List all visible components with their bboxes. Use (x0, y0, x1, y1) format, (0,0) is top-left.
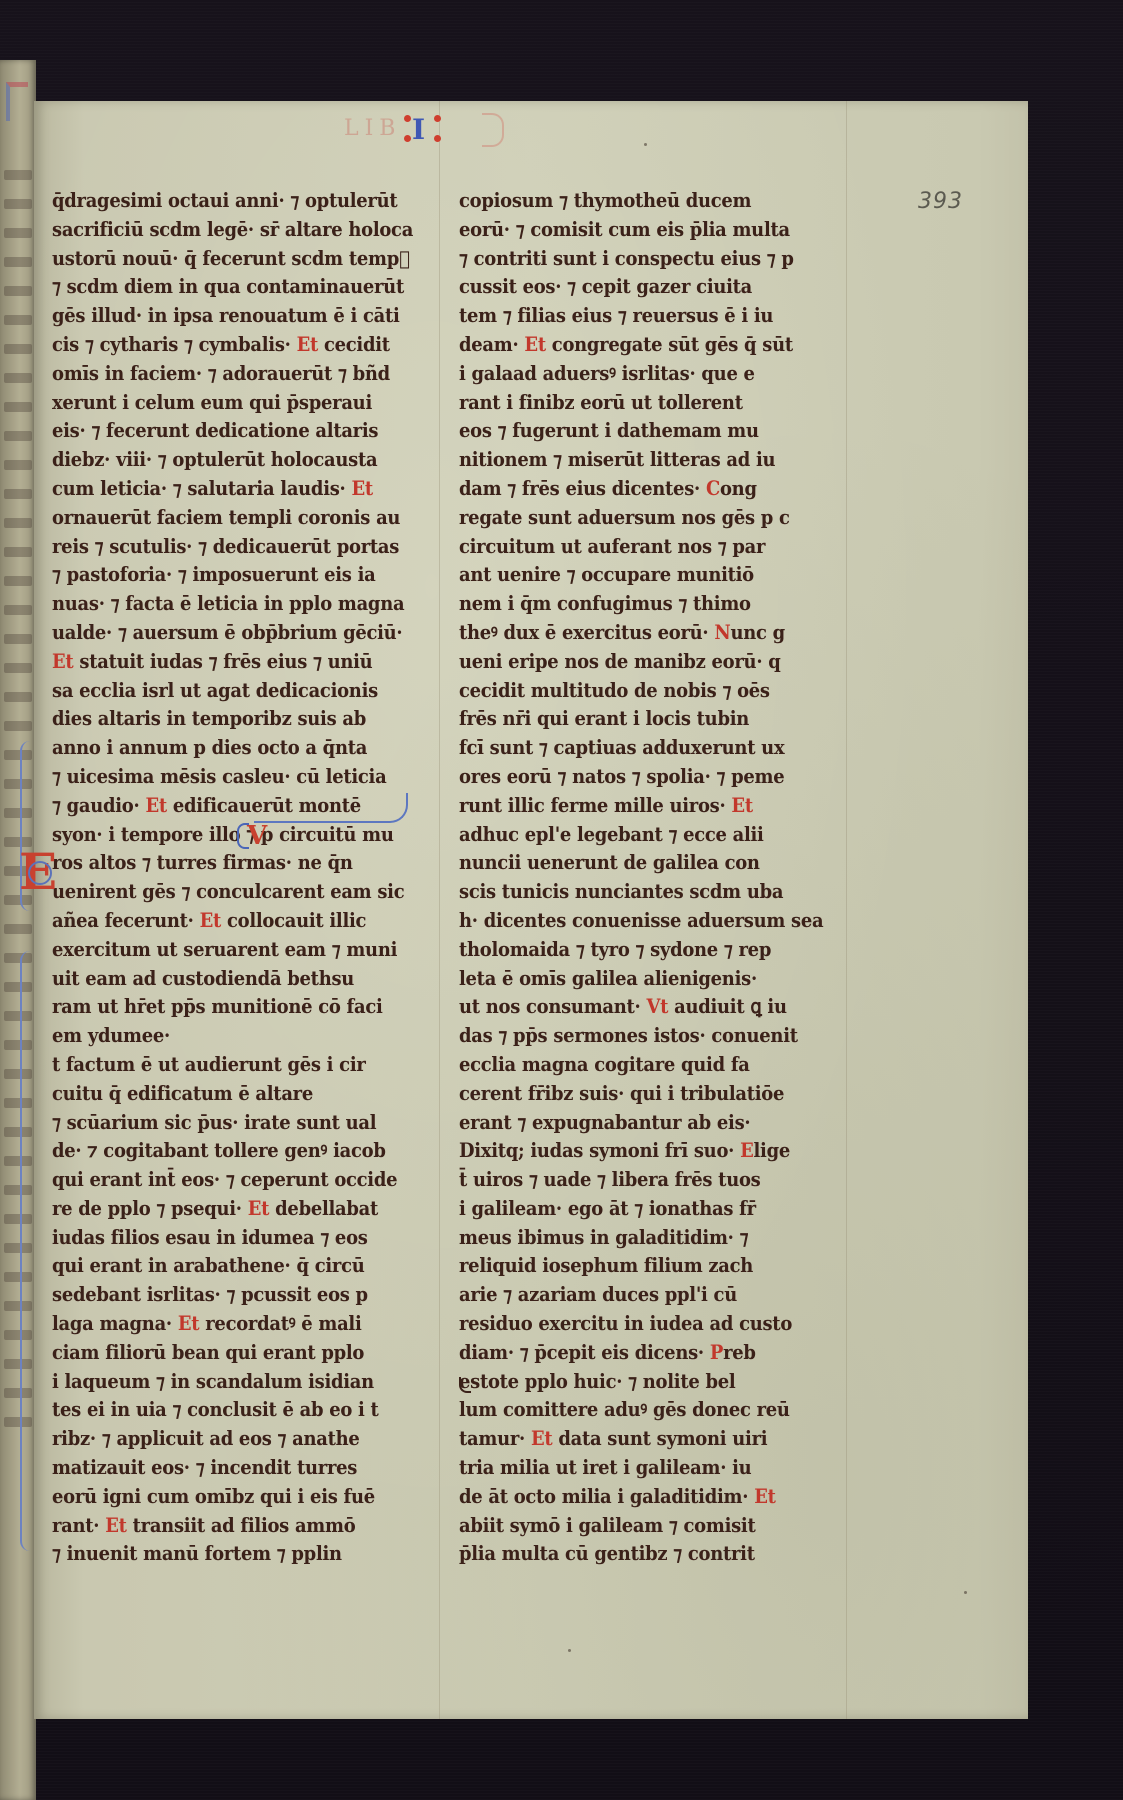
parchment-speck (644, 143, 647, 146)
line-text: re de pplo ⁊ psequi· (52, 1197, 242, 1220)
line-text: sacrificiū scdm legē· sr̄ altare holoca (52, 218, 413, 241)
line-text: residuo exercitu in iudea ad custo (459, 1312, 792, 1335)
text-line: sedebant isrlitas· ⁊ pcussit eos p (52, 1281, 397, 1310)
running-head-faint-flourish (482, 113, 504, 147)
line-text: uenirent gēs ⁊ conculcarent eam sic (52, 880, 404, 903)
final-descender-stroke (459, 1377, 471, 1393)
text-line: eorū· ⁊ comisit cum eis p̄lia multa (459, 216, 795, 245)
rubricated-capital: Et (754, 1485, 775, 1508)
rubricated-capital: N (714, 621, 730, 644)
line-text: i galaad aduersꝰ isrlitas· que e (459, 362, 755, 385)
text-line: diebz· viii· ⁊ optulerūt holocausta (52, 446, 397, 475)
line-text: qui erant in arabathene· q̄ circū (52, 1254, 364, 1277)
text-line: ores eorū ⁊ natos ⁊ spolia· ⁊ peme (459, 763, 795, 792)
previous-leaf-text-shadow (4, 460, 32, 470)
text-line: omīs in faciem· ⁊ adorauerūt ⁊ bñd (52, 360, 397, 389)
line-text: arie ⁊ azariam duces ppl'i cū (459, 1283, 737, 1306)
line-text: cum leticia· ⁊ salutaria laudis· (52, 477, 346, 500)
red-paragraph-marker: V (247, 821, 267, 851)
line-text: runt illic ferme mille uiros· (459, 794, 725, 817)
text-line: re de pplo ⁊ psequi· Et debellabat (52, 1195, 397, 1224)
rubricated-capital: Et (731, 794, 752, 817)
text-line: das ⁊ pp̄s sermones istos· conuenit (459, 1022, 795, 1051)
previous-leaf-text-shadow (4, 199, 32, 209)
text-line: i galileam· ego āt ⁊ ionathas fr̄ (459, 1195, 795, 1224)
text-line: ant uenire ⁊ occupare munitiō (459, 561, 795, 590)
line-text: circuitum ut auferant nos ⁊ par (459, 535, 765, 558)
text-line: nuas· ⁊ facta ē leticia in pplo magna (52, 590, 397, 619)
blue-pen-flourish-descender (20, 951, 40, 1551)
line-text: matizauit eos· ⁊ incendit turres (52, 1456, 357, 1479)
rubricated-capital: Et (178, 1312, 199, 1335)
text-line: cuitu q̄ edificatum ē altare (52, 1080, 397, 1109)
text-line: eorū igni cum omībz qui i eis fuē (52, 1483, 397, 1512)
line-text: ros altos ⁊ turres firmas· ne q̄n (52, 851, 353, 874)
text-line: cecidit multitudo de nobis ⁊ oēs (459, 677, 795, 706)
text-line: syon· i tempore illo ⁊ p circuitū mu (52, 821, 397, 850)
line-text: ⁊ uicesima mēsis casleu· cū leticia (52, 765, 386, 788)
text-line: eis· ⁊ fecerunt dedicatione altaris (52, 417, 397, 446)
text-line: tes ei in uia ⁊ conclusit ē ab eo i t (52, 1396, 397, 1425)
line-text: reliquid iosephum filium zach (459, 1254, 753, 1277)
text-line: cerent fr̄ibz suis· qui i tribulatiōe (459, 1080, 795, 1109)
blue-filigree (28, 861, 52, 885)
manuscript-page: LIB I 393 q̄dragesimi octaui anni· ⁊ opt… (34, 101, 1028, 1719)
previous-leaf-text-shadow (4, 634, 32, 644)
text-line: exercitum ut seruarent eam ⁊ muni (52, 936, 397, 965)
column-ruling-line (439, 101, 440, 1719)
text-line: ut nos consumant· Vt audiuit ꝗ iu (459, 993, 795, 1022)
line-text: sa ecclia isrl ut agat dedicacionis (52, 679, 378, 702)
line-text: tem ⁊ filias eius ⁊ reuersus ē i iu (459, 304, 773, 327)
text-line: anno i annum p dies octo a q̄nta (52, 734, 397, 763)
previous-leaf-running-head (6, 82, 28, 121)
line-text: anno i annum p dies octo a q̄nta (52, 736, 367, 759)
text-line: circuitum ut auferant nos ⁊ par (459, 533, 795, 562)
line-text: das ⁊ pp̄s sermones istos· conuenit (459, 1024, 798, 1047)
running-head: LIB I (344, 113, 504, 145)
line-text: meus ibimus in galaditidim· ⁊ (459, 1226, 748, 1249)
line-text: de· ⁊ cogitabant tollere genꝰ iacob (52, 1139, 386, 1162)
rubricated-capital: Et (531, 1427, 552, 1450)
line-text: Dixitq; iudas symoni frī suo· (459, 1139, 734, 1162)
text-line: rant i finibz eorū ut tollerent (459, 389, 795, 418)
text-line: t̄ uiros ⁊ uade ⁊ libera frēs tuos (459, 1166, 795, 1195)
line-text: ⁊ gaudio· (52, 794, 139, 817)
text-line: theꝰ dux ē exercitus eorū· Nunc g (459, 619, 795, 648)
line-text: ustorū nouū· q̄ fecerunt scdm temp᷑ (52, 247, 410, 270)
line-text: exercitum ut seruarent eam ⁊ muni (52, 938, 397, 961)
text-line: meus ibimus in galaditidim· ⁊ (459, 1224, 795, 1253)
previous-leaf-text-shadow (4, 924, 32, 934)
rubricated-capital: Et (105, 1514, 126, 1537)
line-text: ram ut hr̄et pp̄s munitionē cō faci (52, 995, 383, 1018)
previous-leaf-text-shadow (4, 605, 32, 615)
text-line: i laqueum ⁊ in scandalum isidian (52, 1368, 397, 1397)
line-text: sedebant isrlitas· ⁊ pcussit eos p (52, 1283, 368, 1306)
line-text: em ydumee· (52, 1024, 170, 1047)
text-line: copiosum ⁊ thymotheū ducem (459, 187, 795, 216)
line-text: nuncii uenerunt de galilea con (459, 851, 760, 874)
text-line: uenirent gēs ⁊ conculcarent eam sic (52, 878, 397, 907)
previous-leaf-text-shadow (4, 373, 32, 383)
line-text: regate sunt aduersum nos gēs p c (459, 506, 790, 529)
text-line: Dixitq; iudas symoni frī suo· Elige (459, 1137, 795, 1166)
rubricated-capital: Et (145, 794, 166, 817)
line-text: ribz· ⁊ applicuit ad eos ⁊ anathe (52, 1427, 360, 1450)
text-line: deam· Et congregate sūt gēs q̄ sūt (459, 331, 795, 360)
text-line: ⁊ pastoforia· ⁊ imposuerunt eis ia (52, 561, 397, 590)
rubricated-capital: Vt (646, 995, 668, 1018)
rubricated-capital: Et (200, 909, 221, 932)
red-dot-ornament (404, 135, 411, 142)
line-text: ornauerūt faciem templi coronis au (52, 506, 400, 529)
text-line: ribz· ⁊ applicuit ad eos ⁊ anathe (52, 1425, 397, 1454)
rubricated-capital: E (740, 1139, 753, 1162)
right-text-column: copiosum ⁊ thymotheū ducemeorū· ⁊ comisi… (459, 187, 824, 1569)
previous-leaf-text-shadow (4, 170, 32, 180)
line-text: iudas filios esau in idumea ⁊ eos (52, 1226, 368, 1249)
text-line: gēs illud· in ipsa renouatum ē i cāti (52, 302, 397, 331)
text-line: ⁊ scūarium sic p̄us· irate sunt ual (52, 1109, 397, 1138)
line-text: qui erant int̄ eos· ⁊ ceperunt occide (52, 1168, 397, 1191)
line-text: cecidit multitudo de nobis ⁊ oēs (459, 679, 770, 702)
text-line: sa ecclia isrl ut agat dedicacionis (52, 677, 397, 706)
text-line: adhuc epl'e legebant ⁊ ecce alii (459, 821, 795, 850)
text-line: matizauit eos· ⁊ incendit turres (52, 1454, 397, 1483)
line-text: t factum ē ut audierunt gēs i cir (52, 1053, 366, 1076)
text-line: ciam filiorū bean qui erant pplo (52, 1339, 397, 1368)
text-line: abiit symō i galileam ⁊ comisit (459, 1512, 795, 1541)
text-line: cis ⁊ cytharis ⁊ cymbalis· Et cecidit (52, 331, 397, 360)
line-text: eorū· ⁊ comisit cum eis p̄lia multa (459, 218, 790, 241)
previous-leaf-text-shadow (4, 344, 32, 354)
text-line: ualde· ⁊ auersum ē obp̄brium gēciū· (52, 619, 397, 648)
line-text: scis tunicis nunciantes scdm uba (459, 880, 783, 903)
rubricated-capital: P (710, 1341, 723, 1364)
text-line: Et statuit iudas ⁊ frēs eius ⁊ uniū (52, 648, 397, 677)
line-text: rant· (52, 1514, 99, 1537)
line-text: erant ⁊ expugnabantur ab eis· (459, 1111, 750, 1134)
line-text: copiosum ⁊ thymotheū ducem (459, 189, 751, 212)
line-text: ores eorū ⁊ natos ⁊ spolia· ⁊ peme (459, 765, 784, 788)
line-text-continuation: unc g (730, 621, 784, 644)
line-text: cuitu q̄ edificatum ē altare (52, 1082, 313, 1105)
text-line: em ydumee· (52, 1022, 397, 1051)
line-text: nem i q̄m confugimus ⁊ thimo (459, 592, 751, 615)
red-dot-ornament (434, 115, 441, 122)
text-line: ecclia magna cogitare quid fa (459, 1051, 795, 1080)
text-line: reliquid iosephum filium zach (459, 1252, 795, 1281)
line-text: de āt octo milia i galaditidim· (459, 1485, 748, 1508)
line-text: syon· i tempore illo ⁊ p circuitū mu (52, 823, 394, 846)
previous-leaf-text-shadow (4, 286, 32, 296)
text-line: ⁊ uicesima mēsis casleu· cū leticia (52, 763, 397, 792)
text-line: añea fecerunt· Et collocauit illic (52, 907, 397, 936)
previous-leaf-text-shadow (4, 489, 32, 499)
line-text: rant i finibz eorū ut tollerent (459, 391, 743, 414)
line-text: dies altaris in temporibz suis ab (52, 707, 366, 730)
text-line: nem i q̄m confugimus ⁊ thimo (459, 590, 795, 619)
line-text: gēs illud· in ipsa renouatum ē i cāti (52, 304, 400, 327)
line-text-continuation: ong (720, 477, 757, 500)
line-text: fcī sunt ⁊ captiuas adduxerunt ux (459, 736, 784, 759)
text-line: sacrificiū scdm legē· sr̄ altare holoca (52, 216, 397, 245)
text-line: ram ut hr̄et pp̄s munitionē cō faci (52, 993, 397, 1022)
line-text: q̄dragesimi octaui anni· ⁊ optulerūt (52, 189, 397, 212)
line-text: eos ⁊ fugerunt i dathemam mu (459, 419, 759, 442)
line-text-continuation: lige (754, 1139, 790, 1162)
rubricated-capital: Et (52, 650, 73, 673)
text-line: qui erant int̄ eos· ⁊ ceperunt occide (52, 1166, 397, 1195)
text-line: nitionem ⁊ miserūt litteras ad iu (459, 446, 795, 475)
text-line: q̄dragesimi octaui anni· ⁊ optulerūt (52, 187, 397, 216)
rubricated-capital: Et (297, 333, 318, 356)
line-text: diebz· viii· ⁊ optulerūt holocausta (52, 448, 377, 471)
line-text-continuation: transiit ad filios ammō (127, 1514, 356, 1537)
text-line: p̄lia multa cū gentibz ⁊ contrit (459, 1540, 795, 1569)
text-line: dam ⁊ frēs eius dicentes· Cong (459, 475, 795, 504)
line-text: tholomaida ⁊ tyro ⁊ sydone ⁊ rep (459, 938, 771, 961)
text-line: ueni eripe nos de manibz eorū· q (459, 648, 795, 677)
text-line: de āt octo milia i galaditidim· Et (459, 1483, 795, 1512)
text-line: iudas filios esau in idumea ⁊ eos (52, 1224, 397, 1253)
line-text: ecclia magna cogitare quid fa (459, 1053, 750, 1076)
parchment-speck (568, 1649, 571, 1652)
line-text: ueni eripe nos de manibz eorū· q (459, 650, 781, 673)
line-text: reis ⁊ scutulis· ⁊ dedicauerūt portas (52, 535, 399, 558)
text-line: cussit eos· ⁊ cepit gazer ciuita (459, 273, 795, 302)
left-text-column: q̄dragesimi octaui anni· ⁊ optulerūtsacr… (52, 187, 427, 1569)
column-ruling-line (846, 101, 847, 1719)
line-text: deam· (459, 333, 518, 356)
line-text: ant uenire ⁊ occupare munitiō (459, 563, 754, 586)
line-text: dam ⁊ frēs eius dicentes· (459, 477, 700, 500)
line-text-continuation: congregate sūt gēs q̄ sūt (546, 333, 793, 356)
rubricated-capital: Et (352, 477, 373, 500)
line-text: theꝰ dux ē exercitus eorū· (459, 621, 708, 644)
line-text: omīs in faciem· ⁊ adorauerūt ⁊ bñd (52, 362, 390, 385)
text-line: reis ⁊ scutulis· ⁊ dedicauerūt portas (52, 533, 397, 562)
line-text: i galileam· ego āt ⁊ ionathas fr̄ (459, 1197, 756, 1220)
text-line: diam· ⁊ p̄cepit eis dicens· Preb (459, 1339, 795, 1368)
text-line: i galaad aduersꝰ isrlitas· que e (459, 360, 795, 389)
text-line: h· dicentes conuenisse aduersum sea (459, 907, 795, 936)
line-text-continuation: reb (723, 1341, 756, 1364)
text-line: cum leticia· ⁊ salutaria laudis· Et (52, 475, 397, 504)
line-text-continuation: data sunt symoni uiri (552, 1427, 767, 1450)
blue-line-filler (254, 793, 408, 823)
text-line: leta ē omīs galilea alienigenis· (459, 965, 795, 994)
line-text: laga magna· (52, 1312, 172, 1335)
line-text: i laqueum ⁊ in scandalum isidian (52, 1370, 374, 1393)
text-line: scis tunicis nunciantes scdm uba (459, 878, 795, 907)
text-line: regate sunt aduersum nos gēs p c (459, 504, 795, 533)
text-line: uit eam ad custodiendā bethsu (52, 965, 397, 994)
text-line: estote pplo huic· ⁊ nolite bel (459, 1368, 795, 1397)
text-line: frēs nr̄i qui erant i locis tubin (459, 705, 795, 734)
rubricated-capital: Et (248, 1197, 269, 1220)
text-line: tria milia ut iret i galileam· iu (459, 1454, 795, 1483)
text-line: residuo exercitu in iudea ad custo (459, 1310, 795, 1339)
previous-leaf-text-shadow (4, 721, 32, 731)
line-text: t̄ uiros ⁊ uade ⁊ libera frēs tuos (459, 1168, 760, 1191)
line-text: tria milia ut iret i galileam· iu (459, 1456, 751, 1479)
line-text: ualde· ⁊ auersum ē obp̄brium gēciū· (52, 621, 402, 644)
parchment-speck (964, 1591, 967, 1594)
text-line: tamur· Et data sunt symoni uiri (459, 1425, 795, 1454)
line-text: cussit eos· ⁊ cepit gazer ciuita (459, 275, 752, 298)
running-head-faint-letters: LIB (344, 116, 401, 141)
red-dot-ornament (404, 115, 411, 122)
red-dot-ornament (434, 135, 441, 142)
line-text: tamur· (459, 1427, 525, 1450)
line-text: eis· ⁊ fecerunt dedicatione altaris (52, 419, 378, 442)
line-text: ⁊ contriti sunt i conspectu eius ⁊ p (459, 247, 794, 270)
previous-leaf-text-shadow (4, 431, 32, 441)
text-line: laga magna· Et recordatꝰ ē mali (52, 1310, 397, 1339)
text-line: rant· Et transiit ad filios ammō (52, 1512, 397, 1541)
previous-leaf-text-shadow (4, 257, 32, 267)
text-line: dies altaris in temporibz suis ab (52, 705, 397, 734)
line-text: ⁊ scūarium sic p̄us· irate sunt ual (52, 1111, 376, 1134)
text-line: ⁊ inuenit manū fortem ⁊ pplin (52, 1540, 397, 1569)
line-text: nuas· ⁊ facta ē leticia in pplo magna (52, 592, 404, 615)
line-text: añea fecerunt· (52, 909, 194, 932)
line-text: p̄lia multa cū gentibz ⁊ contrit (459, 1542, 755, 1565)
text-line: arie ⁊ azariam duces ppl'i cū (459, 1281, 795, 1310)
text-line: fcī sunt ⁊ captiuas adduxerunt ux (459, 734, 795, 763)
line-text: eorū igni cum omībz qui i eis fuē (52, 1485, 375, 1508)
line-text-continuation: recordatꝰ ē mali (199, 1312, 361, 1335)
line-text: lum comittere aduꝰ gēs donec reū (459, 1398, 790, 1421)
line-text: diam· ⁊ p̄cepit eis dicens· (459, 1341, 704, 1364)
previous-leaf-text-shadow (4, 315, 32, 325)
line-text-continuation: statuit iudas ⁊ frēs eius ⁊ uniū (73, 650, 372, 673)
decorated-initial: E (14, 847, 62, 897)
line-text: ciam filiorū bean qui erant pplo (52, 1341, 364, 1364)
text-line: erant ⁊ expugnabantur ab eis· (459, 1109, 795, 1138)
text-line: lum comittere aduꝰ gēs donec reū (459, 1396, 795, 1425)
line-text: h· dicentes conuenisse aduersum sea (459, 909, 823, 932)
line-text: cerent fr̄ibz suis· qui i tribulatiōe (459, 1082, 784, 1105)
running-head-numeral: I (412, 113, 425, 146)
line-text-continuation: cecidit (318, 333, 390, 356)
line-text: adhuc epl'e legebant ⁊ ecce alii (459, 823, 764, 846)
folio-number: 393 (918, 189, 963, 214)
line-text-continuation: audiuit ꝗ iu (668, 995, 787, 1018)
text-line: runt illic ferme mille uiros· Et (459, 792, 795, 821)
text-line: ros altos ⁊ turres firmas· ne q̄n (52, 849, 397, 878)
previous-leaf-text-shadow (4, 692, 32, 702)
line-text-continuation: collocauit illic (221, 909, 366, 932)
previous-leaf-text-shadow (4, 518, 32, 528)
text-line: de· ⁊ cogitabant tollere genꝰ iacob (52, 1137, 397, 1166)
text-line: ornauerūt faciem templi coronis au (52, 504, 397, 533)
line-text: ⁊ inuenit manū fortem ⁊ pplin (52, 1542, 342, 1565)
line-text: nitionem ⁊ miserūt litteras ad iu (459, 448, 775, 471)
rubricated-capital: C (706, 477, 720, 500)
line-text: uit eam ad custodiendā bethsu (52, 967, 354, 990)
text-line: qui erant in arabathene· q̄ circū (52, 1252, 397, 1281)
text-line: nuncii uenerunt de galilea con (459, 849, 795, 878)
rubricated-capital: Et (524, 333, 545, 356)
line-text: tes ei in uia ⁊ conclusit ē ab eo i t (52, 1398, 379, 1421)
text-line: ustorū nouū· q̄ fecerunt scdm temp᷑ (52, 245, 397, 274)
previous-leaf-text-shadow (4, 663, 32, 673)
previous-leaf-text-shadow (4, 547, 32, 557)
text-line: tholomaida ⁊ tyro ⁊ sydone ⁊ rep (459, 936, 795, 965)
line-text: frēs nr̄i qui erant i locis tubin (459, 707, 749, 730)
line-text: xerunt i celum eum qui p̄speraui (52, 391, 372, 414)
line-text: ut nos consumant· (459, 995, 640, 1018)
previous-leaf-text-shadow (4, 402, 32, 412)
previous-leaf-text-shadow (4, 228, 32, 238)
text-line: tem ⁊ filias eius ⁊ reuersus ē i iu (459, 302, 795, 331)
line-text: estote pplo huic· ⁊ nolite bel (459, 1370, 735, 1393)
text-line: xerunt i celum eum qui p̄speraui (52, 389, 397, 418)
previous-leaf-text-shadow (4, 576, 32, 586)
line-text: ⁊ pastoforia· ⁊ imposuerunt eis ia (52, 563, 375, 586)
line-text-continuation: debellabat (269, 1197, 378, 1220)
line-text: leta ē omīs galilea alienigenis· (459, 967, 757, 990)
text-line: eos ⁊ fugerunt i dathemam mu (459, 417, 795, 446)
line-text: abiit symō i galileam ⁊ comisit (459, 1514, 755, 1537)
line-text: cis ⁊ cytharis ⁊ cymbalis· (52, 333, 291, 356)
line-text: ⁊ scdm diem in qua contaminauerūt (52, 275, 404, 298)
text-line: ⁊ scdm diem in qua contaminauerūt (52, 273, 397, 302)
text-line: ⁊ contriti sunt i conspectu eius ⁊ p (459, 245, 795, 274)
text-line: t factum ē ut audierunt gēs i cir (52, 1051, 397, 1080)
